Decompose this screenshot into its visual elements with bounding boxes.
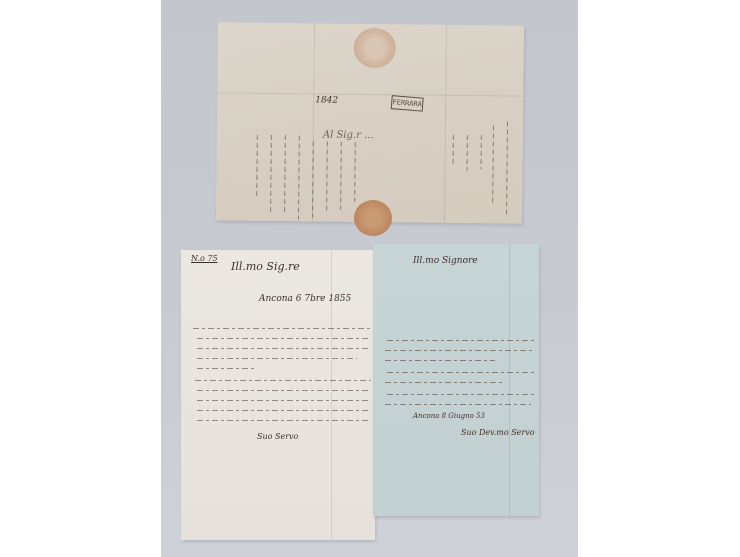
handwriting-column <box>467 135 468 171</box>
salutation: Ill.mo Signore <box>413 256 478 266</box>
handwriting-column <box>298 135 300 219</box>
right-letter: Ill.mo Signore Ancona 8 Giugno 53 Suo De… <box>373 244 539 516</box>
handwriting-column <box>312 141 314 217</box>
handwriting-column <box>270 135 272 213</box>
handwriting-column <box>326 142 328 212</box>
handwriting-column <box>492 125 494 205</box>
postal-stamp: FERRARA <box>391 95 424 112</box>
handwriting-line <box>197 348 371 349</box>
handwriting-line <box>387 372 535 373</box>
handwriting-line <box>197 390 371 391</box>
signature: Suo Servo <box>257 432 298 441</box>
handwriting-line <box>385 382 505 383</box>
handwriting-line <box>387 340 535 341</box>
handwriting-line <box>197 338 371 339</box>
dateline: Ancona 8 Giugno 53 <box>413 412 485 420</box>
handwriting-line <box>197 410 371 411</box>
left-letter: N.o 75 Ill.mo Sig.re Ancona 6 7bre 1855 … <box>181 250 375 540</box>
handwriting-line <box>385 360 495 361</box>
handwriting-line <box>197 358 357 359</box>
handwriting-line <box>197 420 371 421</box>
salutation: Ill.mo Sig.re <box>231 260 300 273</box>
handwriting-column <box>256 135 258 197</box>
handwriting-line <box>385 350 535 351</box>
fold-line <box>217 92 523 96</box>
handwriting-line <box>197 400 371 401</box>
handwriting-column <box>340 142 342 210</box>
address-heading: Al Sig.r ... <box>323 130 374 142</box>
handwriting-line <box>195 380 371 381</box>
handwriting-column <box>506 121 508 217</box>
handwriting-column <box>453 135 454 167</box>
docket-note: 1842 <box>315 95 338 105</box>
photograph: FERRARA 1842 Al Sig.r ... N.o 75 Ill.mo … <box>161 0 578 557</box>
wax-seal <box>354 200 392 236</box>
top-letter-cover: FERRARA 1842 Al Sig.r ... <box>216 22 524 223</box>
fold-line <box>509 244 510 516</box>
handwriting-line <box>193 328 371 329</box>
signature: Suo Dev.mo Servo <box>461 428 535 437</box>
handwriting-column <box>481 135 482 169</box>
dateline: Ancona 6 7bre 1855 <box>259 294 351 304</box>
handwriting-line <box>385 404 531 405</box>
handwriting-line <box>387 394 535 395</box>
corner-note: N.o 75 <box>191 254 218 263</box>
handwriting-column <box>284 135 286 215</box>
handwriting-line <box>197 368 257 369</box>
handwriting-column <box>354 142 356 202</box>
fold-line <box>444 25 447 223</box>
wax-seal-mark <box>354 28 396 68</box>
